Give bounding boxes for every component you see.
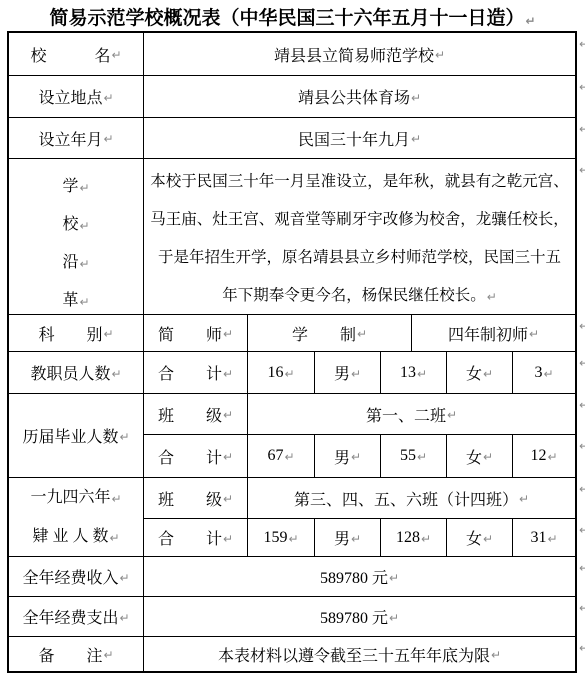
row-end-mark-icon: ↵ <box>579 357 585 369</box>
staff-female-label: 女 <box>466 361 482 384</box>
income-value: 589780 元 <box>320 565 388 588</box>
paragraph-mark-icon: ↵ <box>411 92 421 104</box>
history-text-line: 本校于民国三十年一月呈准设立，是年秋，就县有之乾元宫、 <box>144 163 575 201</box>
row-school-history: 学↵ 校↵ 沿↵ 革↵ 本校于民国三十年一月呈准设立，是年秋，就县有之乾元宫、 … <box>9 159 575 315</box>
school-name-label-cell: 校 名↵ <box>9 33 144 75</box>
paragraph-mark-icon: ↵ <box>547 533 557 545</box>
founded-label: 设立年月 <box>38 127 102 150</box>
graduates-male-label: 男 <box>334 445 350 468</box>
founded-value: 民国三十年九月 <box>298 127 410 150</box>
location-value-cell: 靖县公共体育场↵ <box>144 76 575 117</box>
history-label-char: 校 <box>62 216 78 233</box>
history-label-cell: 学↵ 校↵ 沿↵ 革↵ <box>9 159 144 314</box>
paragraph-mark-icon: ↵ <box>417 451 427 463</box>
graduates-class-label-cell: 班 级↵ <box>144 394 248 434</box>
paragraph-mark-icon: ↵ <box>411 133 421 145</box>
paragraph-mark-icon: ↵ <box>547 451 557 463</box>
graduates-total-label: 合 计 <box>158 445 222 468</box>
paragraph-mark-icon: ↵ <box>351 451 361 463</box>
paragraph-mark-icon: ↵ <box>111 368 121 380</box>
current-female-value: 31 <box>530 529 546 547</box>
paragraph-mark-icon: ↵ <box>111 493 121 505</box>
paragraph-mark-icon: ↵ <box>519 493 529 505</box>
row-end-mark-icon: ↵ <box>579 320 585 332</box>
row-end-mark-icon: ↵ <box>579 440 585 452</box>
graduates-class-value: 第一、二班 <box>366 403 446 426</box>
current-subrows: 班 级↵ 第三、四、五、六班（计四班）↵ ↵ 合 计↵ 159↵ 男 <box>144 478 575 556</box>
current-total-label: 合 计 <box>158 526 222 549</box>
overview-table: 校 名↵ 靖县县立简易师范学校↵ ↵ 设立地点↵ 靖县公共体育场↵ ↵ 设立年月… <box>7 31 577 673</box>
row-section-header: 科 别↵ 简 师↵ 学 制↵ 四年制初师↵ ↵ <box>9 315 575 352</box>
paragraph-mark-icon: ↵ <box>223 328 233 340</box>
current-female-cell: 31↵ <box>513 519 575 556</box>
graduates-label-cell: 历届毕业人数↵ <box>9 394 144 477</box>
paragraph-mark-icon: ↵ <box>103 133 113 145</box>
paragraph-mark-icon: ↵ <box>483 533 493 545</box>
paragraph-mark-icon: ↵ <box>119 572 129 584</box>
paragraph-mark-icon: ↵ <box>351 368 361 380</box>
section-sinianzhi-cell: 四年制初师↵ <box>412 315 575 351</box>
graduates-male-cell: 55↵ <box>381 435 447 477</box>
section-xuezhi: 学 制 <box>292 322 356 345</box>
row-end-mark-icon: ↵ <box>579 38 585 50</box>
row-end-mark-icon: ↵ <box>579 524 585 536</box>
expense-value-cell: 589780 元↵ <box>144 597 575 636</box>
paragraph-mark-icon: ↵ <box>223 493 233 505</box>
graduates-class-value-cell: 第一、二班↵ <box>248 394 575 434</box>
graduates-male-label-cell: 男↵ <box>315 435 381 477</box>
doc-title: 简易示范学校概况表（中华民国三十六年五月十一日造）↵ <box>0 3 585 30</box>
current-female-label: 女 <box>466 526 482 549</box>
current-label-line2: 肄 业 人 数 <box>32 528 108 545</box>
row-end-mark-icon: ↵ <box>579 642 585 654</box>
row-graduates: 历届毕业人数↵ 班 级↵ 第一、二班↵ ↵ 合 计↵ <box>9 394 575 478</box>
row-annual-expense: 全年经费支出↵ 589780 元↵ ↵ <box>9 597 575 637</box>
current-class-value-cell: 第三、四、五、六班（计四班）↵ <box>248 478 575 518</box>
location-label: 设立地点 <box>38 85 102 108</box>
graduates-male-value: 55 <box>400 447 416 465</box>
expense-label-cell: 全年经费支出↵ <box>9 597 144 636</box>
paragraph-mark-icon: ↵ <box>525 15 535 27</box>
paragraph-mark-icon: ↵ <box>111 49 121 61</box>
paragraph-mark-icon: ↵ <box>543 368 553 380</box>
paragraph-mark-icon: ↵ <box>79 220 89 232</box>
graduates-class-subrow: 班 级↵ 第一、二班↵ ↵ <box>144 394 575 435</box>
paragraph-mark-icon: ↵ <box>103 328 113 340</box>
row-end-mark-icon: ↵ <box>579 81 585 93</box>
paragraph-mark-icon: ↵ <box>119 612 129 624</box>
paragraph-mark-icon: ↵ <box>483 368 493 380</box>
section-sinianzhi: 四年制初师 <box>448 322 528 345</box>
income-label: 全年经费收入 <box>22 565 118 588</box>
graduates-total-label-cell: 合 计↵ <box>144 435 248 477</box>
staff-total-value: 16 <box>267 364 283 382</box>
paragraph-mark-icon: ↵ <box>79 296 89 308</box>
staff-total-cell: 16↵ <box>248 352 315 393</box>
staff-female-label-cell: 女↵ <box>447 352 513 393</box>
founded-label-cell: 设立年月↵ <box>9 118 144 158</box>
graduates-female-cell: 12↵ <box>513 435 575 477</box>
staff-male-label-cell: 男↵ <box>315 352 381 393</box>
staff-male-value: 13 <box>400 364 416 382</box>
graduates-label: 历届毕业人数 <box>22 424 118 447</box>
paragraph-mark-icon: ↵ <box>284 451 294 463</box>
current-total-label-cell: 合 计↵ <box>144 519 248 556</box>
staff-male-label: 男 <box>334 361 350 384</box>
row-end-mark-icon: ↵ <box>579 164 585 176</box>
remarks-value-cell: 本表材料以遵令截至三十五年年底为限↵ <box>144 637 575 671</box>
paragraph-mark-icon: ↵ <box>483 451 493 463</box>
current-female-label-cell: 女↵ <box>447 519 513 556</box>
current-label-cell: 一九四六年↵ 肄 业 人 数↵ <box>9 478 144 556</box>
current-total-subrow: 合 计↵ 159↵ 男↵ 128↵ 女↵ 31↵ <box>144 519 575 556</box>
current-male-value: 128 <box>396 529 420 547</box>
row-end-mark-icon: ↵ <box>579 562 585 574</box>
paragraph-mark-icon: ↵ <box>103 649 113 661</box>
graduates-subrows: 班 级↵ 第一、二班↵ ↵ 合 计↵ 67↵ 男↵ <box>144 394 575 477</box>
paragraph-mark-icon: ↵ <box>447 409 457 421</box>
history-label-char: 沿 <box>62 254 78 271</box>
doc-title-text: 简易示范学校概况表（中华民国三十六年五月十一日造） <box>49 8 524 29</box>
current-total-value: 159 <box>263 529 287 547</box>
history-text-cell: 本校于民国三十年一月呈准设立，是年秋，就县有之乾元宫、 马王庙、灶王宫、观音堂等… <box>144 159 575 314</box>
row-current-students: 一九四六年↵ 肄 业 人 数↵ 班 级↵ 第三、四、五、六班（计四班）↵ ↵ 合… <box>9 478 575 557</box>
document-page: 简易示范学校概况表（中华民国三十六年五月十一日造）↵ 校 名↵ 靖县县立简易师范… <box>0 0 585 685</box>
paragraph-mark-icon: ↵ <box>223 368 233 380</box>
current-label-line1: 一九四六年 <box>30 489 110 506</box>
history-label-char: 学 <box>62 178 78 195</box>
staff-female-cell: 3↵ <box>513 352 575 393</box>
paragraph-mark-icon: ↵ <box>79 182 89 194</box>
graduates-female-value: 12 <box>530 447 546 465</box>
paragraph-mark-icon: ↵ <box>357 328 367 340</box>
paragraph-mark-icon: ↵ <box>351 533 361 545</box>
graduates-class-label: 班 级 <box>158 403 222 426</box>
current-total-cell: 159↵ <box>248 519 315 556</box>
current-class-label-cell: 班 级↵ <box>144 478 248 518</box>
history-text-line: 于是年招生开学，原名靖县县立乡村师范学校，民国三十五 <box>144 239 575 277</box>
staff-label-cell: 教职员人数↵ <box>9 352 144 393</box>
paragraph-mark-icon: ↵ <box>487 291 497 303</box>
remarks-label: 备 注 <box>38 643 102 666</box>
row-staff-count: 教职员人数↵ 合 计↵ 16↵ 男↵ 13↵ 女↵ 3↵ ↵ <box>9 352 575 394</box>
remarks-value: 本表材料以遵令截至三十五年年底为限 <box>218 643 490 666</box>
income-label-cell: 全年经费收入↵ <box>9 557 144 596</box>
paragraph-mark-icon: ↵ <box>109 532 119 544</box>
history-text-line: 马王庙、灶王宫、观音堂等刷牙宇改修为校舍，龙骧任校长， <box>144 201 575 239</box>
section-jianshi-cell: 简 师↵ <box>144 315 248 351</box>
section-xuezhi-cell: 学 制↵ <box>248 315 412 351</box>
paragraph-mark-icon: ↵ <box>103 92 113 104</box>
location-value: 靖县公共体育场 <box>298 85 410 108</box>
staff-female-value: 3 <box>534 364 542 382</box>
founded-value-cell: 民国三十年九月↵ <box>144 118 575 158</box>
graduates-total-value: 67 <box>267 447 283 465</box>
row-end-mark-icon: ↵ <box>579 399 585 411</box>
current-male-label: 男 <box>334 526 350 549</box>
current-class-subrow: 班 级↵ 第三、四、五、六班（计四班）↵ ↵ <box>144 478 575 519</box>
paragraph-mark-icon: ↵ <box>389 572 399 584</box>
row-annual-income: 全年经费收入↵ 589780 元↵ ↵ <box>9 557 575 597</box>
section-label-cell: 科 别↵ <box>9 315 144 351</box>
section-label: 科 别 <box>38 322 102 345</box>
staff-male-cell: 13↵ <box>381 352 447 393</box>
graduates-female-label-cell: 女↵ <box>447 435 513 477</box>
paragraph-mark-icon: ↵ <box>119 431 129 443</box>
row-end-mark-icon: ↵ <box>579 483 585 495</box>
staff-total-label: 合 计 <box>158 361 222 384</box>
paragraph-mark-icon: ↵ <box>491 649 501 661</box>
current-male-cell: 128↵ <box>381 519 447 556</box>
paragraph-mark-icon: ↵ <box>417 368 427 380</box>
history-text-line: 年下期奉令更今名，杨保民继任校长。 <box>222 287 486 304</box>
staff-label: 教职员人数 <box>30 361 110 384</box>
paragraph-mark-icon: ↵ <box>223 409 233 421</box>
row-founded-date: 设立年月↵ 民国三十年九月↵ ↵ <box>9 118 575 159</box>
row-end-mark-icon: ↵ <box>579 123 585 135</box>
current-class-label: 班 级 <box>158 487 222 510</box>
expense-label: 全年经费支出 <box>22 605 118 628</box>
expense-value: 589780 元 <box>320 605 388 628</box>
history-label-char: 革 <box>62 292 78 309</box>
paragraph-mark-icon: ↵ <box>435 49 445 61</box>
current-male-label-cell: 男↵ <box>315 519 381 556</box>
paragraph-mark-icon: ↵ <box>284 368 294 380</box>
row-remarks: 备 注↵ 本表材料以遵令截至三十五年年底为限↵ ↵ <box>9 637 575 671</box>
paragraph-mark-icon: ↵ <box>79 258 89 270</box>
paragraph-mark-icon: ↵ <box>223 451 233 463</box>
paragraph-mark-icon: ↵ <box>288 533 298 545</box>
row-school-name: 校 名↵ 靖县县立简易师范学校↵ ↵ <box>9 33 575 76</box>
current-class-value: 第三、四、五、六班（计四班） <box>294 487 518 510</box>
school-name-label: 校 名 <box>30 43 110 66</box>
section-jianshi: 简 师 <box>158 322 222 345</box>
income-value-cell: 589780 元↵ <box>144 557 575 596</box>
graduates-total-cell: 67↵ <box>248 435 315 477</box>
row-end-mark-icon: ↵ <box>579 602 585 614</box>
paragraph-mark-icon: ↵ <box>389 612 399 624</box>
row-location: 设立地点↵ 靖县公共体育场↵ ↵ <box>9 76 575 118</box>
school-name-value-cell: 靖县县立简易师范学校↵ <box>144 33 575 75</box>
graduates-female-label: 女 <box>466 445 482 468</box>
location-label-cell: 设立地点↵ <box>9 76 144 117</box>
school-name-value: 靖县县立简易师范学校 <box>274 43 434 66</box>
graduates-total-subrow: 合 计↵ 67↵ 男↵ 55↵ 女↵ 12↵ <box>144 435 575 477</box>
paragraph-mark-icon: ↵ <box>529 328 539 340</box>
paragraph-mark-icon: ↵ <box>223 533 233 545</box>
paragraph-mark-icon: ↵ <box>421 533 431 545</box>
staff-total-label-cell: 合 计↵ <box>144 352 248 393</box>
remarks-label-cell: 备 注↵ <box>9 637 144 671</box>
